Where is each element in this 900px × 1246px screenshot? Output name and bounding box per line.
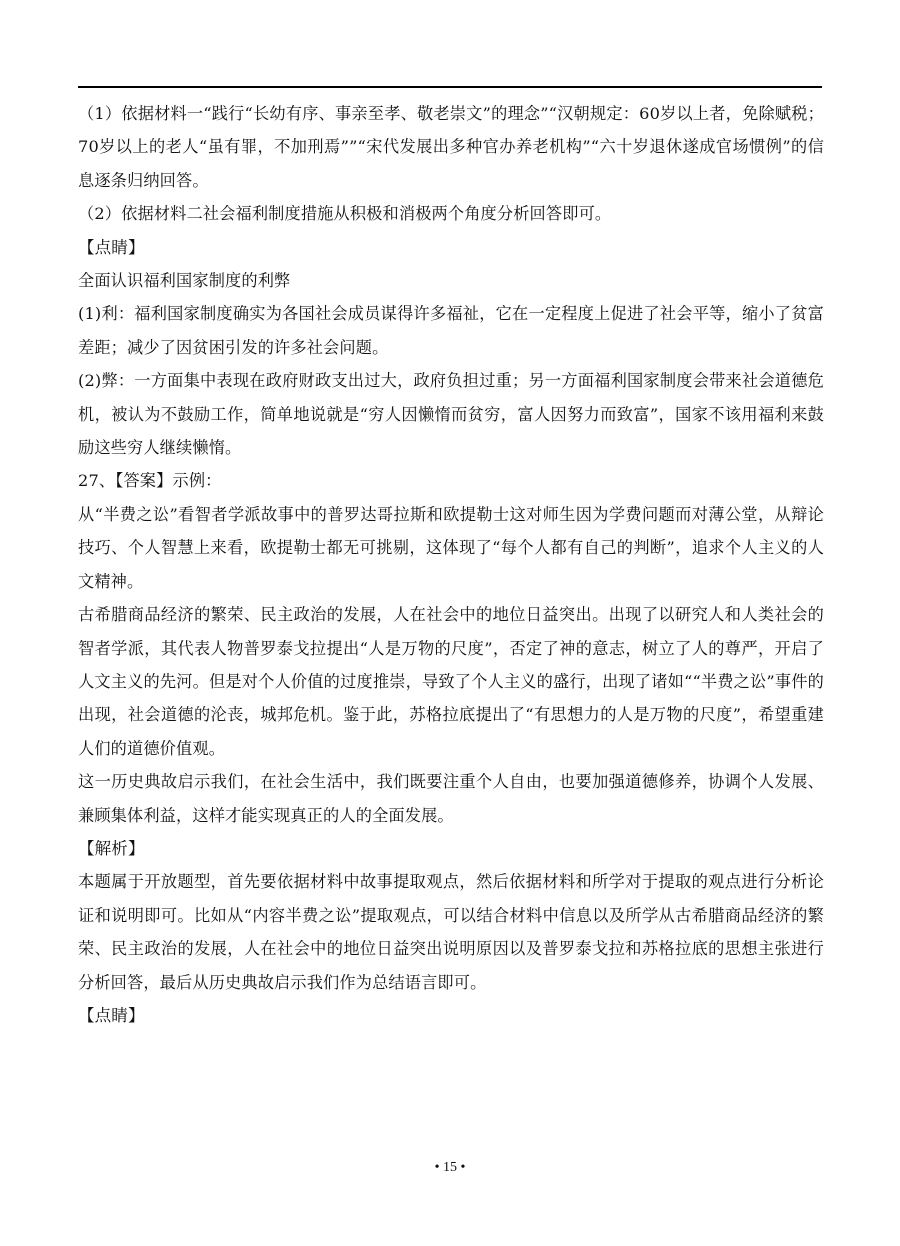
section-heading-jiexi: 【解析】	[78, 832, 824, 865]
answer-paragraph-2: 古希腊商品经济的繁荣、民主政治的发展，人在社会中的地位日益突出。出现了以研究人和…	[78, 598, 824, 765]
document-body: （1）依据材料一“践行“长幼有序、事亲至孝、敬老崇文”的理念”“汉朝规定：60岁…	[78, 97, 824, 1032]
analysis-point-2: （2）依据材料二社会福利制度措施从积极和消极两个角度分析回答即可。	[78, 197, 824, 230]
section-heading-dianjing: 【点睛】	[78, 231, 824, 264]
header-rule	[78, 86, 822, 88]
question-27-answer-label: 27、【答案】示例：	[78, 464, 824, 497]
welfare-summary-title: 全面认识福利国家制度的利弊	[78, 264, 824, 297]
welfare-cons: (2)弊：一方面集中表现在政府财政支出过大，政府负担过重；另一方面福利国家制度会…	[78, 364, 824, 464]
section-heading-dianjing-2: 【点睛】	[78, 999, 824, 1032]
analysis-point-1: （1）依据材料一“践行“长幼有序、事亲至孝、敬老崇文”的理念”“汉朝规定：60岁…	[78, 97, 824, 197]
answer-paragraph-1: 从“半费之讼”看智者学派故事中的普罗达哥拉斯和欧提勒士这对师生因为学费问题而对薄…	[78, 498, 824, 598]
answer-paragraph-3: 这一历史典故启示我们，在社会生活中，我们既要注重个人自由，也要加强道德修养，协调…	[78, 765, 824, 832]
welfare-pros: (1)利：福利国家制度确实为各国社会成员谋得许多福祉，它在一定程度上促进了社会平…	[78, 297, 824, 364]
page-number: • 15 •	[0, 1160, 900, 1176]
analysis-paragraph: 本题属于开放题型，首先要依据材料中故事提取观点，然后依据材料和所学对于提取的观点…	[78, 865, 824, 999]
